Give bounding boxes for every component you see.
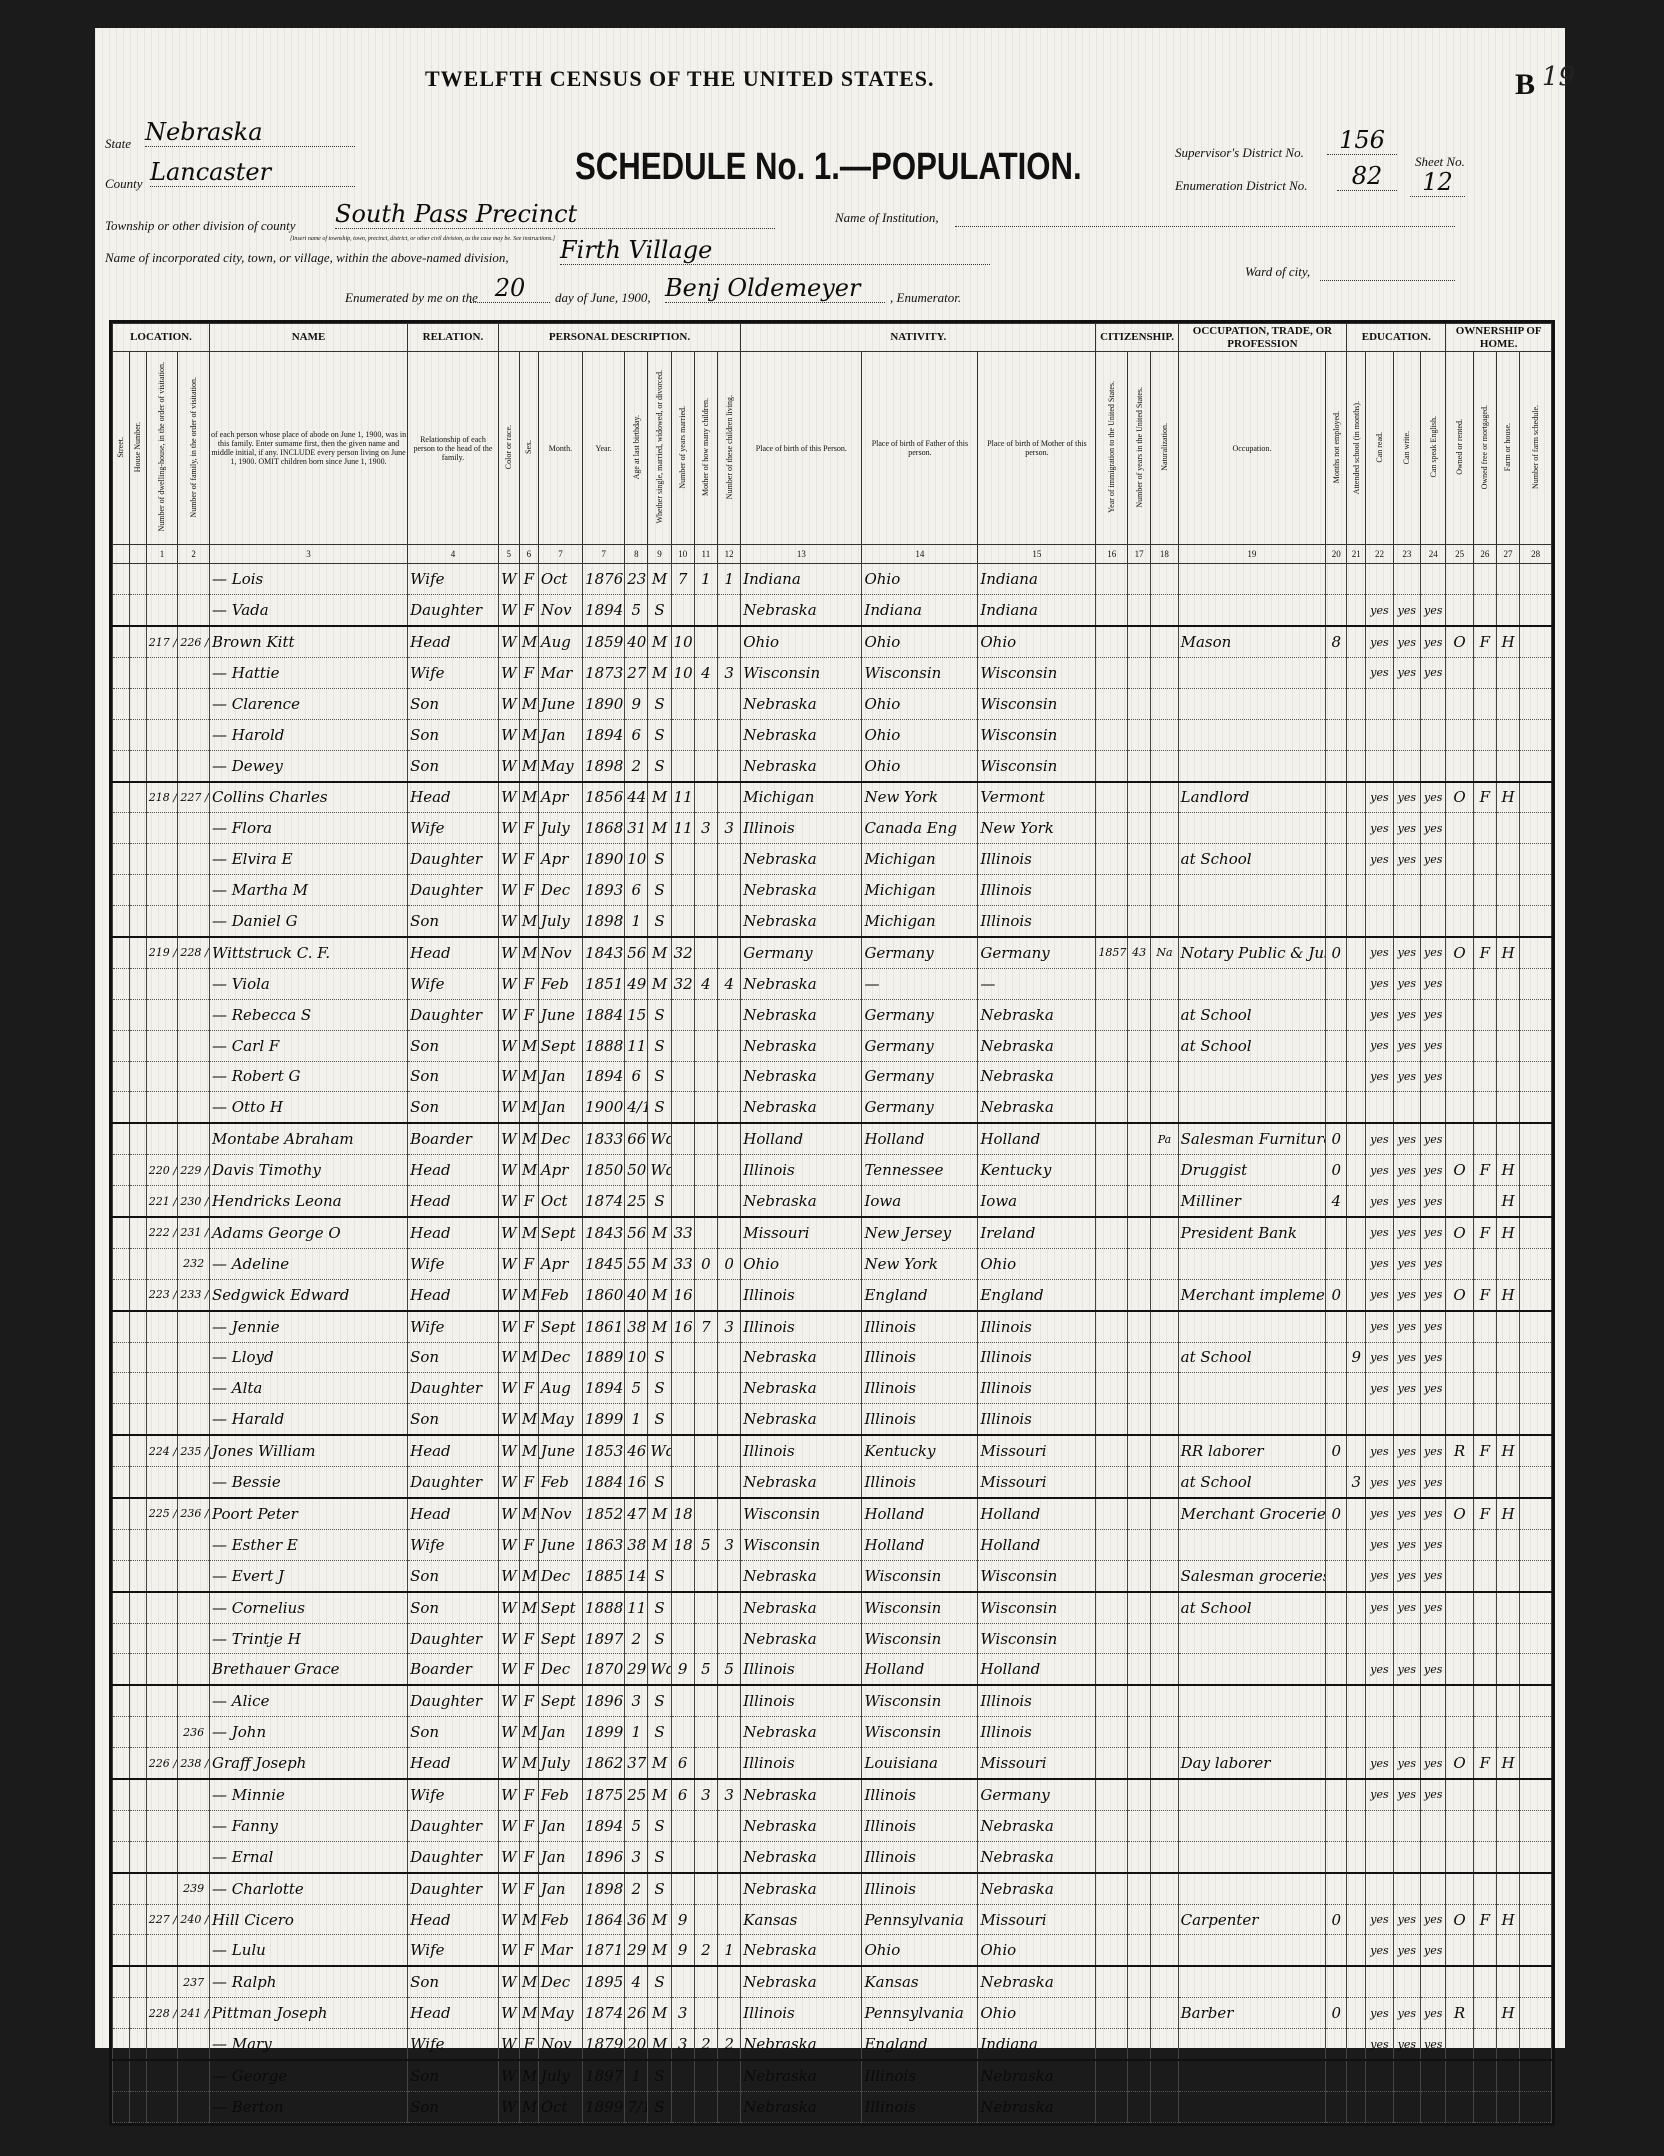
hdr-free-mortgaged: Owned free or mortgaged. xyxy=(1473,352,1496,545)
cell-eng xyxy=(1421,750,1446,781)
cell-bf: Canada Eng xyxy=(862,813,978,844)
cell-dw xyxy=(146,1592,178,1623)
cell-fam: 227 / 39 xyxy=(178,782,210,813)
cell-sex: F xyxy=(519,1779,538,1810)
cell-nat xyxy=(1151,906,1178,937)
cell-bp: Nebraska xyxy=(741,1717,862,1748)
cell-own xyxy=(1446,1467,1473,1498)
township-label: Township or other division of county xyxy=(105,218,296,234)
cell-ch xyxy=(717,875,740,906)
cell-age: 29 xyxy=(625,1654,648,1685)
cell-color: W xyxy=(498,1061,519,1092)
cell-imm xyxy=(1096,1435,1128,1466)
cell-mo xyxy=(694,2060,717,2091)
cell-unemp: 8 xyxy=(1326,626,1347,657)
cell-mo xyxy=(694,1217,717,1248)
cell-read: yes xyxy=(1366,1748,1393,1779)
cell-ym xyxy=(671,906,694,937)
cell-year: 1896 xyxy=(583,1841,625,1872)
cell-fam: 236 xyxy=(178,1717,210,1748)
cell-ym: 6 xyxy=(671,1779,694,1810)
cell-farm xyxy=(1496,1092,1519,1123)
cell-color: W xyxy=(498,1155,519,1186)
cell-ym xyxy=(671,1186,694,1217)
cell-unemp xyxy=(1326,1404,1347,1435)
hdr-dwelling: Number of dwelling-house, in the order o… xyxy=(146,352,178,545)
cell-bm: Indiana xyxy=(978,2029,1096,2060)
cell-free xyxy=(1473,657,1496,688)
cell-occ: Druggist xyxy=(1178,1155,1326,1186)
cell-color: W xyxy=(498,1311,519,1342)
cell-dw xyxy=(146,1560,178,1591)
cell-ch xyxy=(717,750,740,781)
cell-empty xyxy=(129,1966,146,1997)
cell-bp: Nebraska xyxy=(741,2060,862,2091)
cell-fam: 230 / 42 xyxy=(178,1186,210,1217)
cell-farm: H xyxy=(1496,1748,1519,1779)
cell-bf: Illinois xyxy=(862,1311,978,1342)
cell-bf: Ohio xyxy=(862,564,978,595)
cell-dw xyxy=(146,813,178,844)
cell-sch xyxy=(1347,1061,1366,1092)
cell-yus xyxy=(1128,1123,1151,1154)
cell-bp: Illinois xyxy=(741,1998,862,2029)
cell-year: 1856 xyxy=(583,782,625,813)
cell-nat xyxy=(1151,875,1178,906)
cell-eng: yes xyxy=(1421,999,1446,1030)
cell-month: Sept xyxy=(538,1623,582,1654)
cell-month: Nov xyxy=(538,2029,582,2060)
cell-bf: Illinois xyxy=(862,1810,978,1841)
cell-dw xyxy=(146,1935,178,1966)
cell-empty xyxy=(113,1061,130,1092)
cell-eng: yes xyxy=(1421,1279,1446,1310)
cell-sex: F xyxy=(519,1186,538,1217)
cell-unemp xyxy=(1326,1966,1347,1997)
cell-year: 1897 xyxy=(583,1623,625,1654)
cell-bp: Wisconsin xyxy=(741,657,862,688)
cell-mar: S xyxy=(648,1717,671,1748)
cell-month: Nov xyxy=(538,937,582,968)
hdr-farm-schedule: Number of farm schedule. xyxy=(1520,352,1552,545)
cell-name: Jones William xyxy=(209,1435,407,1466)
cell-read: yes xyxy=(1366,968,1393,999)
cell-fam: 232 xyxy=(178,1248,210,1279)
cell-name: — Lloyd xyxy=(209,1342,407,1373)
cell-name: Wittstruck C. F. xyxy=(209,937,407,968)
cell-farm xyxy=(1496,1841,1519,1872)
cell-empty xyxy=(113,968,130,999)
cell-bm: Ohio xyxy=(978,1248,1096,1279)
cell-free xyxy=(1473,1841,1496,1872)
cell-free xyxy=(1473,2060,1496,2091)
cell-unemp xyxy=(1326,844,1347,875)
cell-mar: M xyxy=(648,1904,671,1935)
cell-bf: England xyxy=(862,2029,978,2060)
cell-rel: Daughter xyxy=(408,999,499,1030)
cell-imm xyxy=(1096,657,1128,688)
cell-color: W xyxy=(498,1529,519,1560)
cell-age: 36 xyxy=(625,1904,648,1935)
table-row: 236— JohnSonWMJan18991SNebraskaWisconsin… xyxy=(113,1717,1552,1748)
cell-sex: M xyxy=(519,1217,538,1248)
cell-fs xyxy=(1520,2091,1552,2122)
cell-fam xyxy=(178,1092,210,1123)
cell-unemp xyxy=(1326,1810,1347,1841)
cell-fs xyxy=(1520,2029,1552,2060)
cell-sex: F xyxy=(519,1623,538,1654)
cell-free: F xyxy=(1473,1217,1496,1248)
cell-farm xyxy=(1496,968,1519,999)
cell-own xyxy=(1446,1061,1473,1092)
cell-month: June xyxy=(538,1435,582,1466)
cell-farm xyxy=(1496,595,1519,626)
cell-mo xyxy=(694,595,717,626)
cell-bf: Holland xyxy=(862,1654,978,1685)
cell-age: 3 xyxy=(625,1685,648,1716)
cell-imm xyxy=(1096,1217,1128,1248)
cell-occ: Merchant implements xyxy=(1178,1279,1326,1310)
cell-year: 1851 xyxy=(583,968,625,999)
cell-imm xyxy=(1096,1123,1128,1154)
cell-write: yes xyxy=(1393,1467,1420,1498)
cell-bp: Nebraska xyxy=(741,844,862,875)
cell-empty xyxy=(129,1373,146,1404)
cell-empty xyxy=(113,1467,130,1498)
cell-color: W xyxy=(498,875,519,906)
cell-occ: Carpenter xyxy=(1178,1904,1326,1935)
cell-color: W xyxy=(498,1435,519,1466)
cell-color: W xyxy=(498,626,519,657)
cell-own xyxy=(1446,1092,1473,1123)
cell-empty xyxy=(129,1717,146,1748)
cell-nat xyxy=(1151,1717,1178,1748)
cell-yus xyxy=(1128,1685,1151,1716)
cell-empty xyxy=(113,626,130,657)
cell-ch xyxy=(717,1966,740,1997)
cell-bm: Wisconsin xyxy=(978,657,1096,688)
cell-dw xyxy=(146,1529,178,1560)
cell-ym: 16 xyxy=(671,1279,694,1310)
cell-own xyxy=(1446,2060,1473,2091)
cell-age: 25 xyxy=(625,1779,648,1810)
cell-sex: M xyxy=(519,1904,538,1935)
cell-read xyxy=(1366,1873,1393,1904)
cell-year: 1861 xyxy=(583,1311,625,1342)
hdr-school: Attended school (in months). xyxy=(1347,352,1366,545)
cell-bp: Michigan xyxy=(741,782,862,813)
cell-ym xyxy=(671,1155,694,1186)
cell-nat xyxy=(1151,1654,1178,1685)
cell-unemp xyxy=(1326,1311,1347,1342)
cell-sch xyxy=(1347,2029,1366,2060)
cell-own xyxy=(1446,968,1473,999)
cell-nat xyxy=(1151,1342,1178,1373)
cell-mar: Wd xyxy=(648,1435,671,1466)
column-number: 24 xyxy=(1421,545,1446,564)
cell-eng: yes xyxy=(1421,1248,1446,1279)
cell-mo: 0 xyxy=(694,1248,717,1279)
cell-write xyxy=(1393,1685,1420,1716)
cell-eng: yes xyxy=(1421,968,1446,999)
cell-read xyxy=(1366,906,1393,937)
cell-color: W xyxy=(498,1717,519,1748)
cell-rel: Son xyxy=(408,719,499,750)
cell-rel: Son xyxy=(408,688,499,719)
cell-eng xyxy=(1421,1623,1446,1654)
cell-sch xyxy=(1347,937,1366,968)
cell-month: July xyxy=(538,2060,582,2091)
cell-color: W xyxy=(498,1685,519,1716)
cell-bf: Ohio xyxy=(862,750,978,781)
hdr-years-married: Number of years married. xyxy=(671,352,694,545)
cell-eng: yes xyxy=(1421,813,1446,844)
cell-occ: Salesman groceries xyxy=(1178,1560,1326,1591)
cell-rel: Head xyxy=(408,1217,499,1248)
hdr-age: Age at last birthday. xyxy=(625,352,648,545)
cell-sex: F xyxy=(519,1311,538,1342)
cell-sex: F xyxy=(519,2029,538,2060)
cell-farm xyxy=(1496,1935,1519,1966)
cell-color: W xyxy=(498,1279,519,1310)
cell-name: — Martha M xyxy=(209,875,407,906)
cell-write: yes xyxy=(1393,1560,1420,1591)
cell-write: yes xyxy=(1393,1904,1420,1935)
cell-nat xyxy=(1151,595,1178,626)
cell-empty xyxy=(113,1248,130,1279)
cell-yus xyxy=(1128,1904,1151,1935)
cell-empty xyxy=(113,1717,130,1748)
cell-sch xyxy=(1347,875,1366,906)
cell-rel: Daughter xyxy=(408,1873,499,1904)
cell-bp: Nebraska xyxy=(741,1810,862,1841)
cell-occ: at School xyxy=(1178,1592,1326,1623)
cell-empty xyxy=(129,1904,146,1935)
cell-unemp xyxy=(1326,1748,1347,1779)
cell-age: 4 xyxy=(625,1966,648,1997)
cell-rel: Head xyxy=(408,1998,499,2029)
cell-dw xyxy=(146,2091,178,2122)
cell-own xyxy=(1446,1966,1473,1997)
cell-bf: New York xyxy=(862,1248,978,1279)
enumerated-prefix: Enumerated by me on the xyxy=(345,290,478,306)
table-row: — Rebecca SDaughterWFJune188415SNebraska… xyxy=(113,999,1552,1030)
cell-dw xyxy=(146,1810,178,1841)
cell-empty xyxy=(129,2029,146,2060)
cell-month: Apr xyxy=(538,782,582,813)
cell-own xyxy=(1446,1873,1473,1904)
cell-occ xyxy=(1178,564,1326,595)
cell-rel: Daughter xyxy=(408,1467,499,1498)
cell-eng: yes xyxy=(1421,844,1446,875)
cell-sex: F xyxy=(519,1373,538,1404)
cell-write: yes xyxy=(1393,1186,1420,1217)
cell-bf: Ohio xyxy=(862,626,978,657)
cell-bm: Illinois xyxy=(978,1342,1096,1373)
cell-empty xyxy=(113,1123,130,1154)
cell-unemp xyxy=(1326,1779,1347,1810)
cell-mo xyxy=(694,719,717,750)
cell-imm xyxy=(1096,1935,1128,1966)
cell-month: Dec xyxy=(538,1966,582,1997)
cell-sex: F xyxy=(519,968,538,999)
cell-ch xyxy=(717,1592,740,1623)
cell-fam xyxy=(178,1529,210,1560)
cell-empty xyxy=(129,688,146,719)
cell-unemp xyxy=(1326,1685,1347,1716)
cell-fs xyxy=(1520,1373,1552,1404)
cell-sex: F xyxy=(519,1685,538,1716)
cell-color: W xyxy=(498,1092,519,1123)
cell-mo xyxy=(694,1560,717,1591)
cell-fam xyxy=(178,564,210,595)
cell-rel: Head xyxy=(408,937,499,968)
cell-dw xyxy=(146,1123,178,1154)
cell-write: yes xyxy=(1393,1498,1420,1529)
cell-name: — Bessie xyxy=(209,1467,407,1498)
table-row: — Robert GSonWMJan18946SNebraskaGermanyN… xyxy=(113,1061,1552,1092)
cell-own xyxy=(1446,1810,1473,1841)
cell-write: yes xyxy=(1393,1373,1420,1404)
cell-bm: Germany xyxy=(978,937,1096,968)
cell-ym: 32 xyxy=(671,937,694,968)
cell-own: R xyxy=(1446,1998,1473,2029)
cell-sch xyxy=(1347,1279,1366,1310)
cell-mar: M xyxy=(648,2029,671,2060)
cell-age: 56 xyxy=(625,1217,648,1248)
cell-rel: Boarder xyxy=(408,1654,499,1685)
cell-sch xyxy=(1347,1654,1366,1685)
cell-fam: 231 / 43 xyxy=(178,1217,210,1248)
cell-unemp: 0 xyxy=(1326,1435,1347,1466)
cell-bf: Germany xyxy=(862,1061,978,1092)
cell-rel: Son xyxy=(408,2091,499,2122)
cell-empty xyxy=(129,1873,146,1904)
cell-ch xyxy=(717,1841,740,1872)
cell-own xyxy=(1446,1779,1473,1810)
cell-imm xyxy=(1096,1685,1128,1716)
cell-sex: F xyxy=(519,564,538,595)
cell-ym: 18 xyxy=(671,1498,694,1529)
cell-sex: F xyxy=(519,1810,538,1841)
cell-fam: 241 / 49 xyxy=(178,1998,210,2029)
cell-age: 31 xyxy=(625,813,648,844)
cell-bm: Nebraska xyxy=(978,2060,1096,2091)
cell-mar: M xyxy=(648,1217,671,1248)
cell-mar: S xyxy=(648,1623,671,1654)
cell-age: 66 xyxy=(625,1123,648,1154)
cell-empty xyxy=(113,1935,130,1966)
cell-nat xyxy=(1151,1186,1178,1217)
table-row: 225 / 46236 / 46Poort PeterHeadWMNov1852… xyxy=(113,1498,1552,1529)
cell-fs xyxy=(1520,813,1552,844)
cell-rel: Wife xyxy=(408,1311,499,1342)
cell-bm: Missouri xyxy=(978,1904,1096,1935)
cell-unemp xyxy=(1326,1248,1347,1279)
cell-bm: Holland xyxy=(978,1498,1096,1529)
cell-imm xyxy=(1096,750,1128,781)
cell-empty xyxy=(113,906,130,937)
cell-imm xyxy=(1096,1748,1128,1779)
cell-empty xyxy=(129,1779,146,1810)
cell-empty xyxy=(113,875,130,906)
cell-year: 1897 xyxy=(583,2060,625,2091)
cell-free xyxy=(1473,875,1496,906)
cell-empty xyxy=(113,1030,130,1061)
cell-sch xyxy=(1347,1873,1366,1904)
cell-own xyxy=(1446,719,1473,750)
cell-mar: Wd xyxy=(648,1654,671,1685)
cell-imm xyxy=(1096,1498,1128,1529)
table-row: — GeorgeSonWMJuly18971SNebraskaIllinoisN… xyxy=(113,2060,1552,2091)
cell-yus xyxy=(1128,1311,1151,1342)
cell-yus xyxy=(1128,1748,1151,1779)
cell-ym xyxy=(671,2091,694,2122)
cell-yus xyxy=(1128,1342,1151,1373)
cell-age: 9 xyxy=(625,688,648,719)
cell-yus xyxy=(1128,1654,1151,1685)
cell-name: — Lois xyxy=(209,564,407,595)
cell-fam xyxy=(178,750,210,781)
cell-color: W xyxy=(498,1498,519,1529)
cell-ch xyxy=(717,688,740,719)
cell-dw xyxy=(146,1873,178,1904)
cell-bp: Nebraska xyxy=(741,1841,862,1872)
cell-own: O xyxy=(1446,937,1473,968)
cell-color: W xyxy=(498,968,519,999)
cell-bm: Missouri xyxy=(978,1467,1096,1498)
cell-occ: Salesman Furniture xyxy=(1178,1123,1326,1154)
cell-name: Poort Peter xyxy=(209,1498,407,1529)
cell-ym: 11 xyxy=(671,813,694,844)
cell-empty xyxy=(129,968,146,999)
cell-eng xyxy=(1421,1685,1446,1716)
cell-ym xyxy=(671,2060,694,2091)
cell-month: Mar xyxy=(538,1935,582,1966)
cell-year: 1860 xyxy=(583,1279,625,1310)
cell-bf: Wisconsin xyxy=(862,1717,978,1748)
cell-color: W xyxy=(498,564,519,595)
hdr-year: Year. xyxy=(583,352,625,545)
cell-write xyxy=(1393,1841,1420,1872)
cell-fs xyxy=(1520,1311,1552,1342)
cell-ym xyxy=(671,595,694,626)
cell-free xyxy=(1473,999,1496,1030)
cell-name: — Ernal xyxy=(209,1841,407,1872)
cell-age: 38 xyxy=(625,1311,648,1342)
cell-year: 1863 xyxy=(583,1529,625,1560)
cell-name: — Rebecca S xyxy=(209,999,407,1030)
table-row: 226 / 47238 / 47Graff JosephHeadWMJuly18… xyxy=(113,1748,1552,1779)
cell-color: W xyxy=(498,1810,519,1841)
cell-bm: Indiana xyxy=(978,595,1096,626)
cell-farm: H xyxy=(1496,1998,1519,2029)
cell-empty xyxy=(113,1560,130,1591)
cell-yus xyxy=(1128,595,1151,626)
cell-bp: Nebraska xyxy=(741,1061,862,1092)
cell-mar: S xyxy=(648,2091,671,2122)
cell-sex: M xyxy=(519,750,538,781)
cell-occ: at School xyxy=(1178,1030,1326,1061)
table-row: — MaryWifeWFNov187920M322NebraskaEngland… xyxy=(113,2029,1552,2060)
cell-own: O xyxy=(1446,782,1473,813)
column-number: 6 xyxy=(519,545,538,564)
cell-read xyxy=(1366,1404,1393,1435)
cell-sch xyxy=(1347,1498,1366,1529)
column-numbers-row: 1234567789101112131415161718192021222324… xyxy=(113,545,1552,564)
cell-farm xyxy=(1496,1373,1519,1404)
cell-free xyxy=(1473,1030,1496,1061)
